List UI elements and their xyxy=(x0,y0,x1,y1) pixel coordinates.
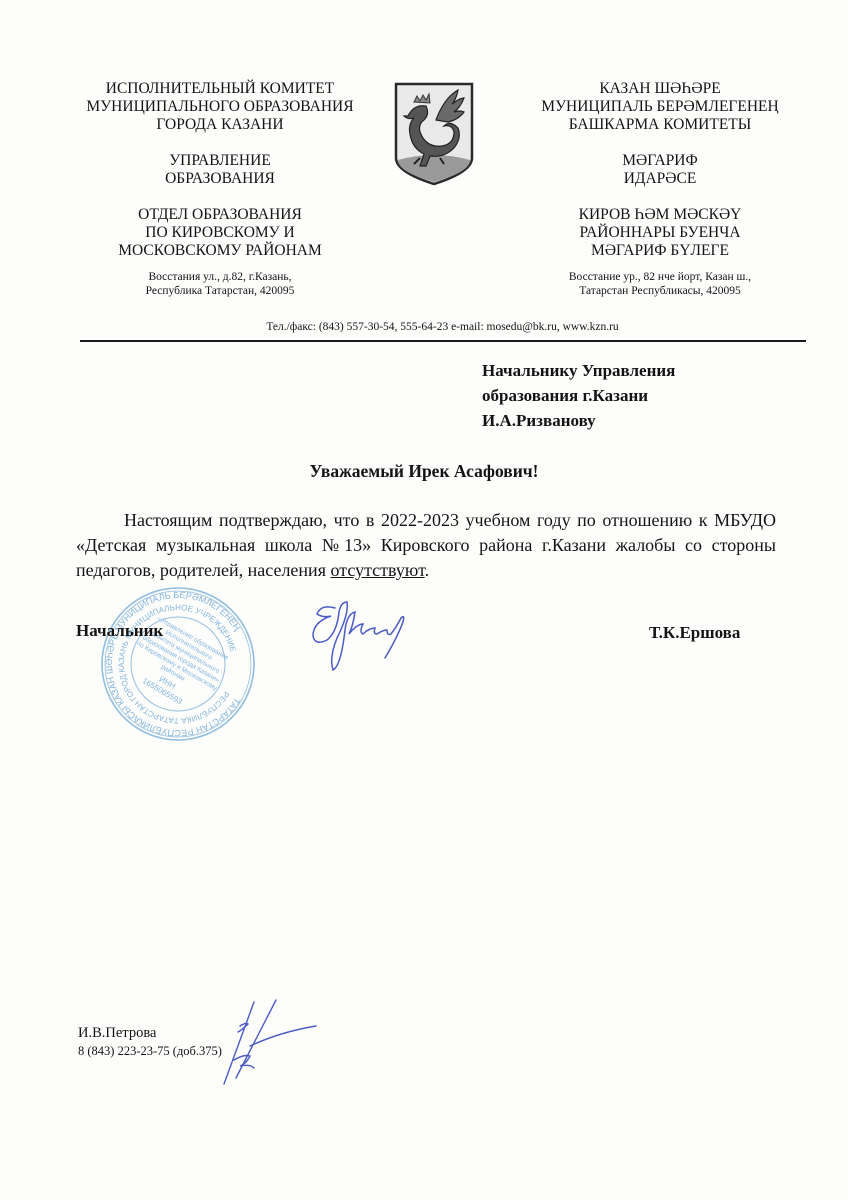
header-divider xyxy=(80,340,806,342)
org-name-ru: ИСПОЛНИТЕЛЬНЫЙ КОМИТЕТ МУНИЦИПАЛЬНОГО ОБ… xyxy=(70,80,370,134)
executor-phone: 8 (843) 223-23-75 (доб.375) xyxy=(78,1042,222,1060)
address-ru: Восстания ул., д.82, г.Казань, Республик… xyxy=(70,270,370,298)
dept-name-ru: УПРАВЛЕНИЕ ОБРАЗОВАНИЯ xyxy=(70,152,370,188)
dept-name-tt: МӘГАРИФ ИДАРӘСЕ xyxy=(505,152,815,188)
letter-body: Настоящим подтверждаю, что в 2022-2023 у… xyxy=(76,508,776,583)
handwritten-signature-icon xyxy=(305,596,435,676)
kazan-coat-of-arms-icon xyxy=(390,80,478,188)
letterhead-left: ИСПОЛНИТЕЛЬНЫЙ КОМИТЕТ МУНИЦИПАЛЬНОГО ОБ… xyxy=(70,80,370,298)
salutation: Уважаемый Ирек Асафович! xyxy=(0,461,848,482)
division-name-tt: КИРОВ ҺӘМ МӘСКӘҮ РАЙОННАРЫ БУЕНЧА МӘГАРИ… xyxy=(505,206,815,260)
executor-block: И.В.Петрова 8 (843) 223-23-75 (доб.375) xyxy=(78,1024,222,1060)
division-name-ru: ОТДЕЛ ОБРАЗОВАНИЯ ПО КИРОВСКОМУ И МОСКОВ… xyxy=(70,206,370,260)
signatory-name: Т.К.Ершова xyxy=(649,623,740,643)
official-stamp: ТАТАРСТАН РЕСПУБЛИКАСЫ КАЗАН ШӘҺӘРЕ МУНИ… xyxy=(98,584,258,744)
underlined-word: отсутствуют xyxy=(330,560,424,580)
executor-name: И.В.Петрова xyxy=(78,1024,222,1042)
contact-line: Тел./факс: (843) 557-30-54, 555-64-23 e-… xyxy=(80,321,805,333)
org-name-tt: КАЗАН ШӘҺӘРЕ МУНИЦИПАЛЬ БЕРӘМЛЕГЕНЕҢ БАШ… xyxy=(505,80,815,134)
executor-signature-icon xyxy=(210,998,320,1088)
address-tt: Восстание ур., 82 нче йорт, Казан ш., Та… xyxy=(505,270,815,298)
signatory-title: Начальник xyxy=(76,621,163,641)
addressee-block: Начальнику Управления образования г.Каза… xyxy=(482,358,675,433)
letterhead-right: КАЗАН ШӘҺӘРЕ МУНИЦИПАЛЬ БЕРӘМЛЕГЕНЕҢ БАШ… xyxy=(505,80,815,298)
